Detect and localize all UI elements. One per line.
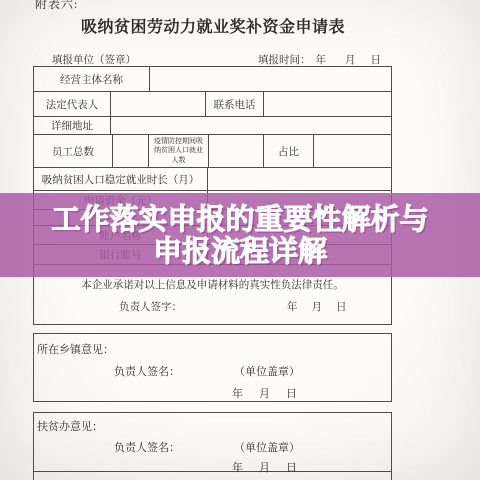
town-opinion-title: 所在乡镇意见：	[37, 341, 114, 357]
poverty-office-title: 扶贫办意见：	[37, 418, 103, 434]
address-value	[111, 117, 391, 134]
ratio-value	[314, 135, 391, 167]
month-label: 月	[259, 388, 270, 400]
caption-line-2: 申报流程详解	[153, 235, 327, 267]
table-row: 员工总数 疫情防控期间吸纳贫困人口就业人数 占比	[34, 135, 391, 168]
address-label: 详细地址	[34, 117, 111, 134]
table-row: 经营主体名称	[34, 67, 391, 92]
staff-total-value	[113, 135, 149, 167]
year-label: 年	[316, 55, 327, 66]
staff-total-label: 员工总数	[34, 135, 113, 167]
year-label: 年	[287, 302, 298, 313]
contact-phone-value	[264, 92, 391, 116]
date-placeholder: 年月日	[232, 385, 313, 401]
ratio-label: 占比	[264, 135, 314, 167]
unit-seal-label: （单位盖章）	[234, 439, 300, 455]
legal-rep-value	[111, 92, 206, 116]
stable-months-label: 吸纳贫困人口稳定就业时长（月）	[34, 168, 208, 190]
covid-hire-label: 疫情防控期间吸纳贫困人口就业人数	[149, 135, 209, 167]
day-label: 日	[286, 388, 297, 400]
month-label: 月	[345, 55, 356, 66]
poverty-office-opinion-box: 扶贫办意见： 负责人签名： （单位盖章） 年月日	[33, 412, 392, 472]
month-label: 月	[312, 302, 323, 313]
form-photo: 附表六: 吸纳贫困劳动力就业奖补资金申请表 填报单位（签章） 填报时间：年月日 …	[0, 0, 480, 480]
contact-phone-label: 联系电话	[206, 92, 264, 116]
sign-label: 负责人签字：	[119, 299, 182, 314]
table-row: 详细地址	[34, 117, 391, 135]
stable-months-value	[208, 168, 391, 190]
sign-name-label: 负责人签名：	[114, 439, 180, 455]
report-time-label: 填报时间：年月日	[258, 52, 381, 67]
commitment-text: 本企业承诺对以上信息及申请材料的真实性负法律责任。	[34, 277, 391, 292]
sign-name-label: 负责人签名：	[114, 363, 180, 379]
year-label: 年	[232, 388, 243, 400]
town-opinion-box: 所在乡镇意见： 负责人签名： （单位盖章） 年月日	[33, 333, 392, 402]
day-label: 日	[336, 302, 347, 313]
report-unit-label: 填报单位（签章）	[52, 52, 136, 67]
entity-name-value	[150, 67, 391, 91]
table-row: 吸纳贫困人口稳定就业时长（月）	[34, 168, 391, 191]
form-title: 吸纳贫困劳动力就业奖补资金申请表	[33, 14, 393, 37]
unit-seal-label: （单位盖章）	[234, 363, 300, 379]
covid-hire-value	[209, 135, 264, 167]
entity-name-label: 经营主体名称	[34, 67, 150, 91]
attachment-note: 附表六:	[35, 0, 78, 12]
day-label: 日	[371, 55, 382, 66]
date-placeholder: 年月日	[287, 299, 361, 314]
caption-line-1: 工作落实申报的重要性解析与	[51, 203, 428, 235]
legal-rep-label: 法定代表人	[34, 92, 111, 116]
caption-banner: 工作落实申报的重要性解析与 申报流程详解	[0, 193, 480, 277]
report-time-caption: 填报时间：	[258, 55, 311, 66]
table-row: 法定代表人 联系电话	[34, 92, 391, 117]
next-section-stub	[33, 472, 392, 480]
